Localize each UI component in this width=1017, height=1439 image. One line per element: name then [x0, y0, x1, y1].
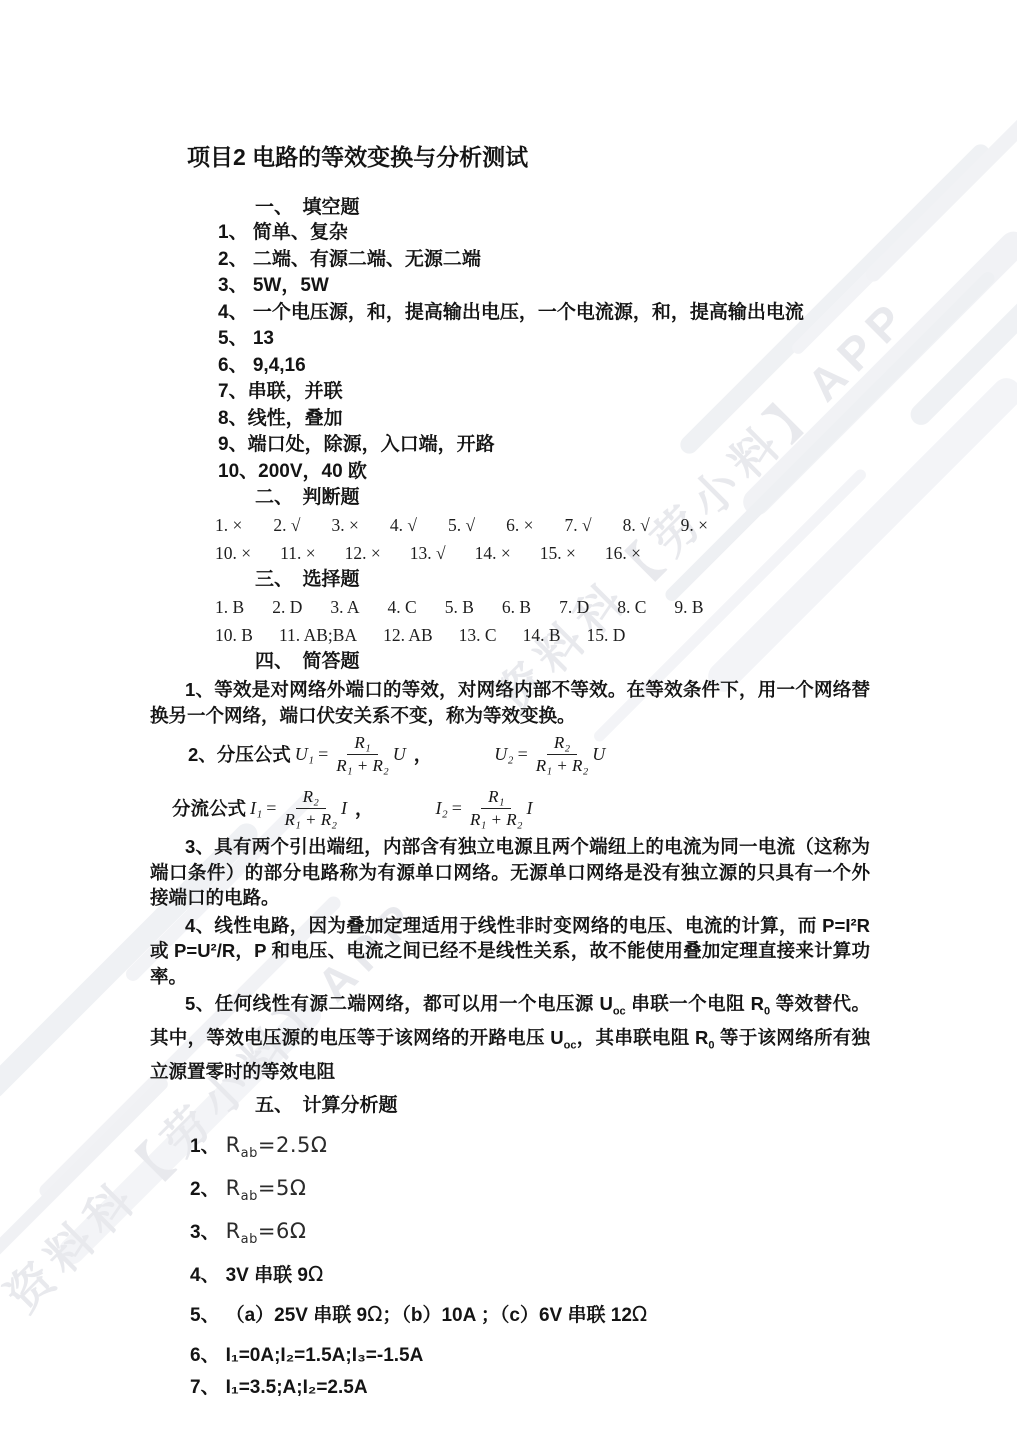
section-heading-short-answer: 四、 简答题: [255, 649, 870, 675]
answer: 2. √: [273, 511, 300, 539]
answer: 6. ×: [506, 511, 533, 539]
list-item: 1、 Rab=2.5Ω: [190, 1131, 870, 1161]
answer: 5. B: [445, 593, 474, 621]
section-heading-calculation: 五、 计算分析题: [255, 1093, 870, 1119]
item-number: 3、: [190, 1217, 220, 1244]
short-answer-4: 4、线性电路，因为叠加定理适用于线性非时变网络的电压、电流的计算，而 P=I²R…: [150, 913, 870, 990]
list-item: 4、 3V 串联 9Ω: [190, 1260, 870, 1287]
formula-label: 2、分压公式: [188, 741, 291, 767]
item-value: Rab=5Ω: [226, 1176, 307, 1204]
item-number: 1、: [190, 1131, 220, 1158]
fraction: R₁ R₁ + R₂: [336, 733, 389, 774]
answer: 14. ×: [475, 539, 511, 567]
voltage-divider-formula: 2、分压公式 U₁ = R₁ R₁ + R₂ U ， U₂ = R₂ R₁ + …: [188, 730, 870, 778]
list-item: 4、 一个电压源，和，提高输出电压，一个电流源，和，提高输出电流: [218, 300, 870, 327]
item-value: I₁=3.5;A;I₂=2.5A: [226, 1377, 368, 1399]
item-value: I₁=0A;I₂=1.5A;I₃=-1.5A: [226, 1345, 424, 1367]
answer: 1. B: [215, 593, 244, 621]
list-item: 1、 简单、复杂: [218, 220, 870, 247]
true-false-answers-row-1: 1. × 2. √ 3. × 4. √ 5. √ 6. × 7. √ 8. √ …: [215, 511, 870, 539]
list-item: 7、 I₁=3.5;A;I₂=2.5A: [190, 1372, 870, 1399]
separator: ，: [414, 741, 433, 767]
section-heading-multiple-choice: 三、 选择题: [255, 567, 870, 593]
short-answer-3: 3、具有两个引出端纽，内部含有独立电源且两个端纽上的电流为同一电流（这称为端口条…: [150, 834, 870, 911]
list-item: 9、端口处，除源，入口端，开路: [218, 432, 870, 459]
list-item: 2、 二端、有源二端、无源二端: [218, 247, 870, 274]
answer: 4. √: [390, 511, 417, 539]
list-item: 7、串联，并联: [218, 379, 870, 406]
answer: 4. C: [388, 593, 417, 621]
fraction: R₂ R₁ + R₂: [536, 733, 589, 774]
section-heading-true-false: 二、 判断题: [255, 485, 870, 511]
answer: 7. D: [559, 593, 589, 621]
fill-blanks-list: 1、 简单、复杂 2、 二端、有源二端、无源二端 3、 5W，5W 4、 一个电…: [218, 220, 870, 485]
item-value: Rab=2.5Ω: [226, 1133, 328, 1161]
answer: 3. ×: [331, 511, 358, 539]
answer: 12. AB: [383, 621, 433, 649]
formula-i2: I₂ = R₁ R₁ + R₂ I: [436, 787, 533, 828]
answer: 7. √: [564, 511, 591, 539]
answer: 15. ×: [540, 539, 576, 567]
list-item: 6、 9,4,16: [218, 353, 870, 380]
list-item: 5、 （a）25V 串联 9Ω；（b）10A ；（c）6V 串联 12Ω: [190, 1300, 870, 1327]
answer: 11. ×: [280, 539, 315, 567]
answer: 15. D: [587, 621, 626, 649]
page-title: 项目2 电路的等效变换与分析测试: [187, 142, 870, 172]
answer: 14. B: [523, 621, 561, 649]
answer: 13. √: [410, 539, 446, 567]
formula-i1: I₁ = R₂ R₁ + R₂ I: [250, 787, 347, 828]
list-item: 6、 I₁=0A;I₂=1.5A;I₃=-1.5A: [190, 1340, 870, 1367]
list-item: 5、 13: [218, 326, 870, 353]
short-answer-1: 1、等效是对网络外端口的等效，对网络内部不等效。在等效条件下，用一个网络替换另一…: [150, 677, 870, 728]
answer: 10. ×: [215, 539, 251, 567]
document-content: 项目2 电路的等效变换与分析测试 一、 填空题 1、 简单、复杂 2、 二端、有…: [0, 0, 1017, 1399]
list-item: 2、 Rab=5Ω: [190, 1174, 870, 1204]
answer: 5. √: [448, 511, 475, 539]
formula-u2: U₂ = R₂ R₁ + R₂ U: [494, 733, 605, 774]
answer: 13. C: [459, 621, 497, 649]
multiple-choice-answers-row-2: 10. B 11. AB;BA 12. AB 13. C 14. B 15. D: [215, 621, 870, 649]
answer: 10. B: [215, 621, 253, 649]
multiple-choice-answers-row-1: 1. B 2. D 3. A 4. C 5. B 6. B 7. D 8. C …: [215, 593, 870, 621]
item-number: 5、: [190, 1300, 220, 1327]
item-number: 6、: [190, 1340, 220, 1367]
item-value: 3V 串联 9Ω: [226, 1260, 324, 1287]
list-item: 3、 5W，5W: [218, 273, 870, 300]
current-divider-formula: 分流公式 I₁ = R₂ R₁ + R₂ I ， I₂ = R₁ R₁ + R₂…: [172, 784, 870, 832]
fraction: R₂ R₁ + R₂: [284, 787, 337, 828]
list-item: 8、线性，叠加: [218, 406, 870, 433]
answer: 2. D: [272, 593, 302, 621]
section-heading-fill-blanks: 一、 填空题: [255, 196, 870, 220]
true-false-answers-row-2: 10. × 11. × 12. × 13. √ 14. × 15. × 16. …: [215, 539, 870, 567]
answer: 9. B: [674, 593, 703, 621]
answer: 12. ×: [345, 539, 381, 567]
list-item: 10、200V，40 欧: [218, 459, 870, 486]
answer: 9. ×: [681, 511, 708, 539]
calculation-answers-list: 1、 Rab=2.5Ω 2、 Rab=5Ω 3、 Rab=6Ω 4、 3V 串联…: [190, 1131, 870, 1400]
answer: 8. √: [623, 511, 650, 539]
item-number: 2、: [190, 1174, 220, 1201]
fraction: R₁ R₁ + R₂: [470, 787, 523, 828]
answer: 8. C: [617, 593, 646, 621]
separator: ，: [355, 795, 374, 821]
item-value: Rab=6Ω: [226, 1219, 307, 1247]
short-answer-5: 5、任何线性有源二端网络，都可以用一个电压源 Uoc 串联一个电阻 R0 等效替…: [150, 991, 870, 1085]
answer: 16. ×: [605, 539, 641, 567]
list-item: 3、 Rab=6Ω: [190, 1217, 870, 1247]
answer: 11. AB;BA: [279, 621, 357, 649]
item-value: （a）25V 串联 9Ω；（b）10A ；（c）6V 串联 12Ω: [226, 1300, 648, 1327]
item-number: 4、: [190, 1260, 220, 1287]
formula-label: 分流公式: [172, 795, 246, 821]
item-number: 7、: [190, 1372, 220, 1399]
answer: 6. B: [502, 593, 531, 621]
answer: 3. A: [330, 593, 359, 621]
answer: 1. ×: [215, 511, 242, 539]
document-page: 资料科【劳小料】APP 资料科【劳小料】APP 项目2 电路的等效变换与分析测试…: [0, 0, 1017, 1439]
formula-u1: U₁ = R₁ R₁ + R₂ U: [295, 733, 406, 774]
